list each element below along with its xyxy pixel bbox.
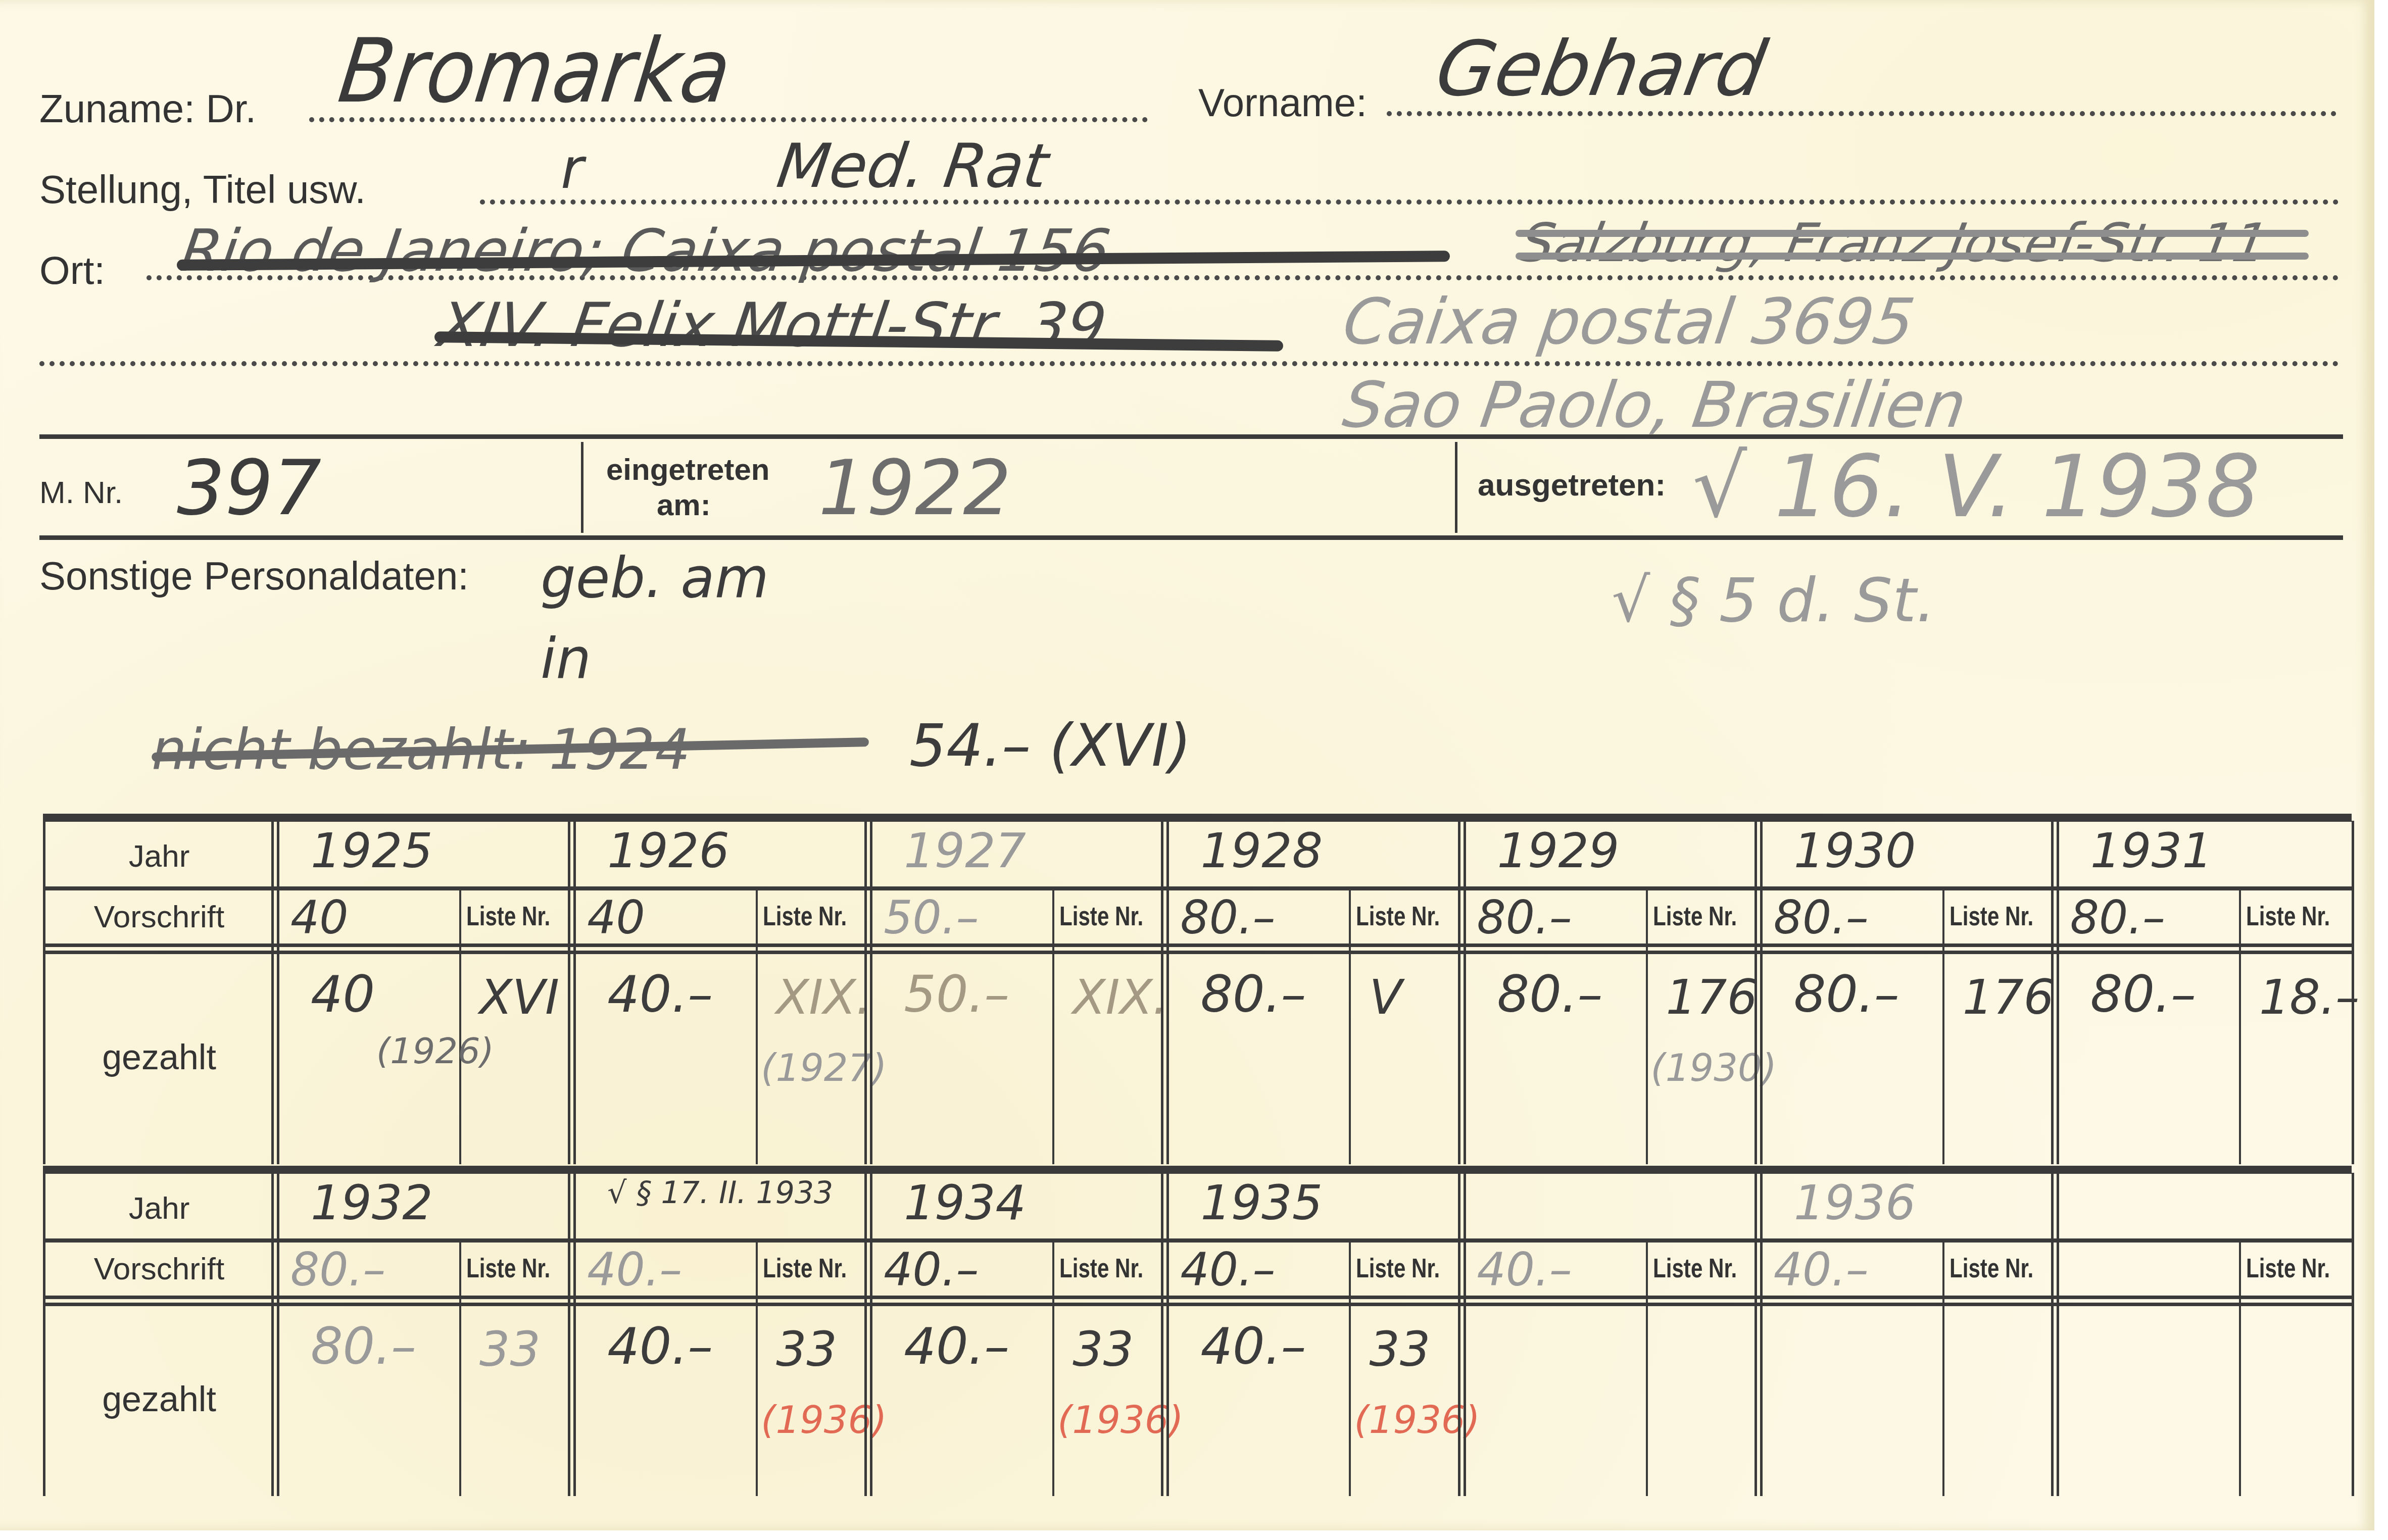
place-line-salzburg: Salzburg, Franz Josef-Str. 11 <box>1516 212 2273 274</box>
list-number-label: Liste Nr. <box>1059 1253 1143 1284</box>
prescribed-value: 40 <box>290 891 349 945</box>
prescribed-value: 40.– <box>1180 1244 1275 1297</box>
year-value: 1926 <box>607 823 729 879</box>
year-value: 1930 <box>1794 823 1916 879</box>
column-divider <box>1458 821 1466 1164</box>
list-subcolumn-divider <box>1942 1243 1944 1496</box>
paid-value: 80.– <box>1497 965 1603 1024</box>
joined-value: 1922 <box>818 444 1011 532</box>
column-divider <box>1161 821 1169 1164</box>
year-label: Jahr <box>43 1190 275 1226</box>
column-divider <box>568 1173 576 1496</box>
list-number-label: Liste Nr. <box>466 1253 550 1284</box>
joined-label-2: am: <box>657 487 711 522</box>
year-value: 1931 <box>2090 823 2213 879</box>
prescribed-label: Vorschrift <box>43 899 275 935</box>
list-value: XIX. <box>776 970 871 1025</box>
table2-year-rule <box>43 1238 2352 1243</box>
position-line <box>480 200 2339 205</box>
position-mark: r <box>561 136 583 201</box>
list-value: V <box>1369 970 1402 1025</box>
left-label: ausgetreten: <box>1478 467 1666 503</box>
table1-year-rule <box>43 886 2352 890</box>
list-subcolumn-divider <box>1349 890 1351 1164</box>
column-divider <box>1161 1173 1169 1496</box>
prescribed-value: 80.– <box>1180 891 1275 945</box>
table1-top-rule <box>43 814 2352 822</box>
paid-value: 80.– <box>311 1317 416 1376</box>
column-divider <box>271 1173 279 1496</box>
list-subcolumn-divider <box>2239 890 2241 1164</box>
prescribed-value: 80.– <box>2070 891 2165 945</box>
prescribed-value: 40 <box>587 891 645 945</box>
paid-value: 40.– <box>607 1317 713 1376</box>
column-divider <box>1755 1173 1763 1496</box>
joined-label-1: eingetreten <box>606 452 769 487</box>
list-subcolumn-divider <box>1349 1243 1351 1496</box>
list-subcolumn-divider <box>2239 1243 2241 1496</box>
column-divider <box>864 821 872 1164</box>
list-number-label: Liste Nr. <box>1653 901 1737 932</box>
list-subcolumn-divider <box>1646 890 1648 1164</box>
born-line: geb. am <box>541 545 769 610</box>
year-label: Jahr <box>43 838 275 874</box>
paid-note: (1926) <box>376 1030 494 1072</box>
place-line-saopaolo: Sao Paolo, Brasilien <box>1339 369 1971 442</box>
list-number-label: Liste Nr. <box>1950 901 2033 932</box>
list-subcolumn-divider <box>459 1243 461 1496</box>
table1-paid-rule-b <box>43 951 2352 954</box>
list-subcolumn-divider <box>756 890 758 1164</box>
paid-value: 40.– <box>904 1317 1009 1376</box>
divider-mnr <box>581 442 583 533</box>
surname-value: Bromarka <box>333 20 736 123</box>
list-number-label: Liste Nr. <box>2246 901 2330 932</box>
left-value: √ 16. V. 1938 <box>1692 437 2260 537</box>
year-value: 1936 <box>1794 1175 1916 1231</box>
year-value: 1934 <box>904 1175 1026 1231</box>
prescribed-value: 80.– <box>290 1244 385 1297</box>
column-divider <box>2051 821 2059 1164</box>
place-line-vienna: XIV. Felix Mottl-Str. 39 <box>434 290 1111 361</box>
list-subcolumn-divider <box>1942 890 1944 1164</box>
place-line-2 <box>39 361 2339 366</box>
list-value: 33 <box>1073 1322 1134 1377</box>
list-number-label: Liste Nr. <box>763 1253 847 1284</box>
year-value: 1925 <box>311 823 433 879</box>
list-number-label: Liste Nr. <box>1950 1253 2033 1284</box>
member-number-label: M. Nr. <box>39 475 123 511</box>
list-value: 33 <box>1369 1322 1430 1377</box>
column-divider <box>568 821 576 1164</box>
list-number-label: Liste Nr. <box>2246 1253 2330 1284</box>
prescribed-value: 50.– <box>884 891 979 945</box>
year-value: √ § 17. II. 1933 <box>607 1175 833 1211</box>
paid-value: 40.– <box>1200 1317 1306 1376</box>
prescribed-value: 40.– <box>884 1244 979 1297</box>
paid-value: 80.– <box>1200 965 1306 1024</box>
table2-right-border <box>2352 1173 2354 1496</box>
list-subcolumn-divider <box>1052 890 1054 1164</box>
paid-value: 80.– <box>2090 965 2196 1024</box>
membership-card: Zuname: Dr. Bromarka Vorname: Gebhard St… <box>0 0 2374 1530</box>
list-number-label: Liste Nr. <box>466 901 550 932</box>
paid-value: 40 <box>311 965 375 1024</box>
firstname-value: Gebhard <box>1430 25 1772 113</box>
position-value: Med. Rat <box>773 131 1052 202</box>
place-line-caixa: Caixa postal 3695 <box>1339 285 1919 359</box>
list-value: 176 <box>1666 970 1758 1025</box>
year-value: 1928 <box>1200 823 1323 879</box>
year-value: 1935 <box>1200 1175 1323 1231</box>
personal-data-label: Sonstige Personaldaten: <box>39 553 469 599</box>
prescribed-value: 80.– <box>1774 891 1869 945</box>
list-value: 176 <box>1963 970 2054 1025</box>
prescribed-value: 40.– <box>1477 1244 1572 1297</box>
column-divider <box>1755 821 1763 1164</box>
list-number-label: Liste Nr. <box>1356 1253 1440 1284</box>
paid-label: gezahlt <box>43 1037 275 1077</box>
place-line-rio: Rio de Janeiro; Caixa postal 156 <box>177 217 1114 285</box>
prescribed-label: Vorschrift <box>43 1251 275 1287</box>
list-subcolumn-divider <box>1052 1243 1054 1496</box>
paid-value: 80.– <box>1794 965 1899 1024</box>
column-divider <box>864 1173 872 1496</box>
prescribed-value: 40.– <box>587 1244 682 1297</box>
list-value: 18.– <box>2259 970 2360 1025</box>
column-divider <box>2051 1173 2059 1496</box>
paid-label: gezahlt <box>43 1379 275 1419</box>
list-number-label: Liste Nr. <box>763 901 847 932</box>
year-value: 1932 <box>311 1175 433 1231</box>
list-subcolumn-divider <box>1646 1243 1648 1496</box>
list-value: XIX. <box>1073 970 1167 1025</box>
member-number-value: 397 <box>177 444 321 532</box>
list-subcolumn-divider <box>459 890 461 1164</box>
table2-paid-rule-b <box>43 1303 2352 1306</box>
year-value: 1927 <box>904 823 1026 879</box>
place-label: Ort: <box>39 247 105 293</box>
paid-value: 50.– <box>904 965 1009 1024</box>
prescribed-value: 40.– <box>1774 1244 1869 1297</box>
strikethrough-salzburg-2 <box>1516 253 2309 260</box>
born-place: in <box>541 626 591 691</box>
surname-label: Zuname: Dr. <box>39 86 256 132</box>
paid-value: 40.– <box>607 965 713 1024</box>
list-number-label: Liste Nr. <box>1653 1253 1737 1284</box>
list-subcolumn-divider <box>756 1243 758 1496</box>
divider-joined <box>1455 442 1457 533</box>
column-divider <box>271 821 279 1164</box>
firstname-label: Vorname: <box>1198 80 1367 126</box>
list-value: 33 <box>479 1322 541 1377</box>
year-value: 1929 <box>1497 823 1620 879</box>
prescribed-value: 80.– <box>1477 891 1572 945</box>
table2-top-rule <box>43 1166 2352 1174</box>
amount-note: 54.– (XVI) <box>909 712 1191 780</box>
list-number-label: Liste Nr. <box>1356 901 1440 932</box>
position-label: Stellung, Titel usw. <box>39 167 366 213</box>
left-note: √ § 5 d. St. <box>1612 566 1935 636</box>
list-number-label: Liste Nr. <box>1059 901 1143 932</box>
column-divider <box>1458 1173 1466 1496</box>
strikethrough-salzburg-1 <box>1516 230 2309 237</box>
list-value: XVI <box>479 970 559 1025</box>
list-value: 33 <box>776 1322 837 1377</box>
